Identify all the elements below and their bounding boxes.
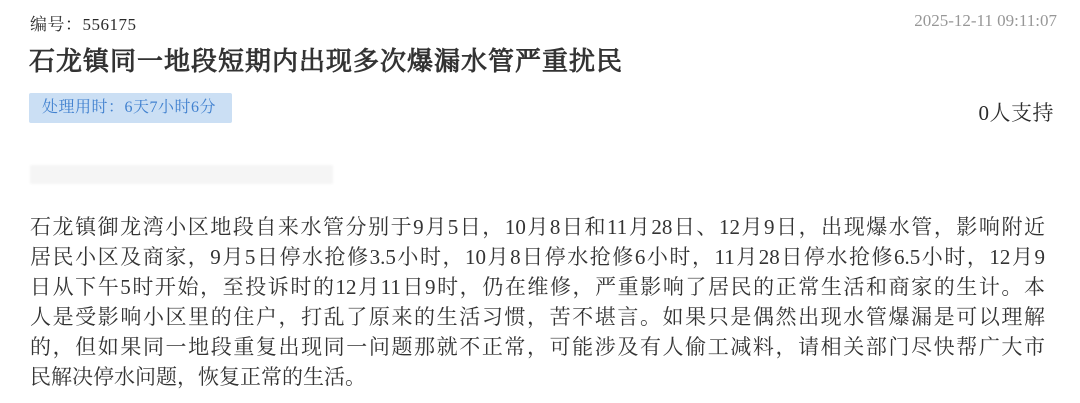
support-count-button[interactable]: 0人支持 (979, 97, 1055, 127)
complaint-detail-page: 编号：556175 2025-12-11 09:11:07 石龙镇同一地段短期内… (0, 0, 1080, 403)
body-line: 居民小区及商家，9月5日停水抢修3.5小时，10月8日停水抢修6小时，11月28… (30, 242, 1045, 272)
processing-time-value: 6天7小时6分 (125, 99, 217, 116)
complaint-number: 编号：556175 (30, 10, 137, 35)
complaint-title: 石龙镇同一地段短期内出现多次爆漏水管严重扰民 (29, 41, 623, 78)
body-line: 石龙镇御龙湾小区地段自来水管分别于9月5日，10月8日和11月28日、12月9日… (30, 212, 1045, 242)
processing-time-badge: 处理用时：6天7小时6分 (29, 93, 232, 123)
complaint-body: 石龙镇御龙湾小区地段自来水管分别于9月5日，10月8日和11月28日、12月9日… (30, 212, 1045, 392)
submission-timestamp: 2025-12-11 09:11:07 (914, 11, 1057, 31)
body-line: 民解决停水问题，恢复正常的生活。 (30, 362, 1045, 392)
body-line: 人是受影响小区里的住户，打乱了原来的生活习惯，苦不堪言。如果只是偶然出现水管爆漏… (30, 302, 1045, 332)
body-line: 的，但如果同一地段重复出现同一问题那就不正常，可能涉及有人偷工减料，请相关部门尽… (30, 332, 1045, 362)
redacted-block (30, 165, 333, 184)
processing-time-label: 处理用时： (42, 99, 125, 116)
body-line: 日从下午5时开始，至投诉时的12月11日9时，仍在维修，严重影响了居民的正常生活… (30, 272, 1045, 302)
complaint-number-value: 556175 (83, 15, 137, 34)
complaint-number-label: 编号： (30, 15, 83, 34)
